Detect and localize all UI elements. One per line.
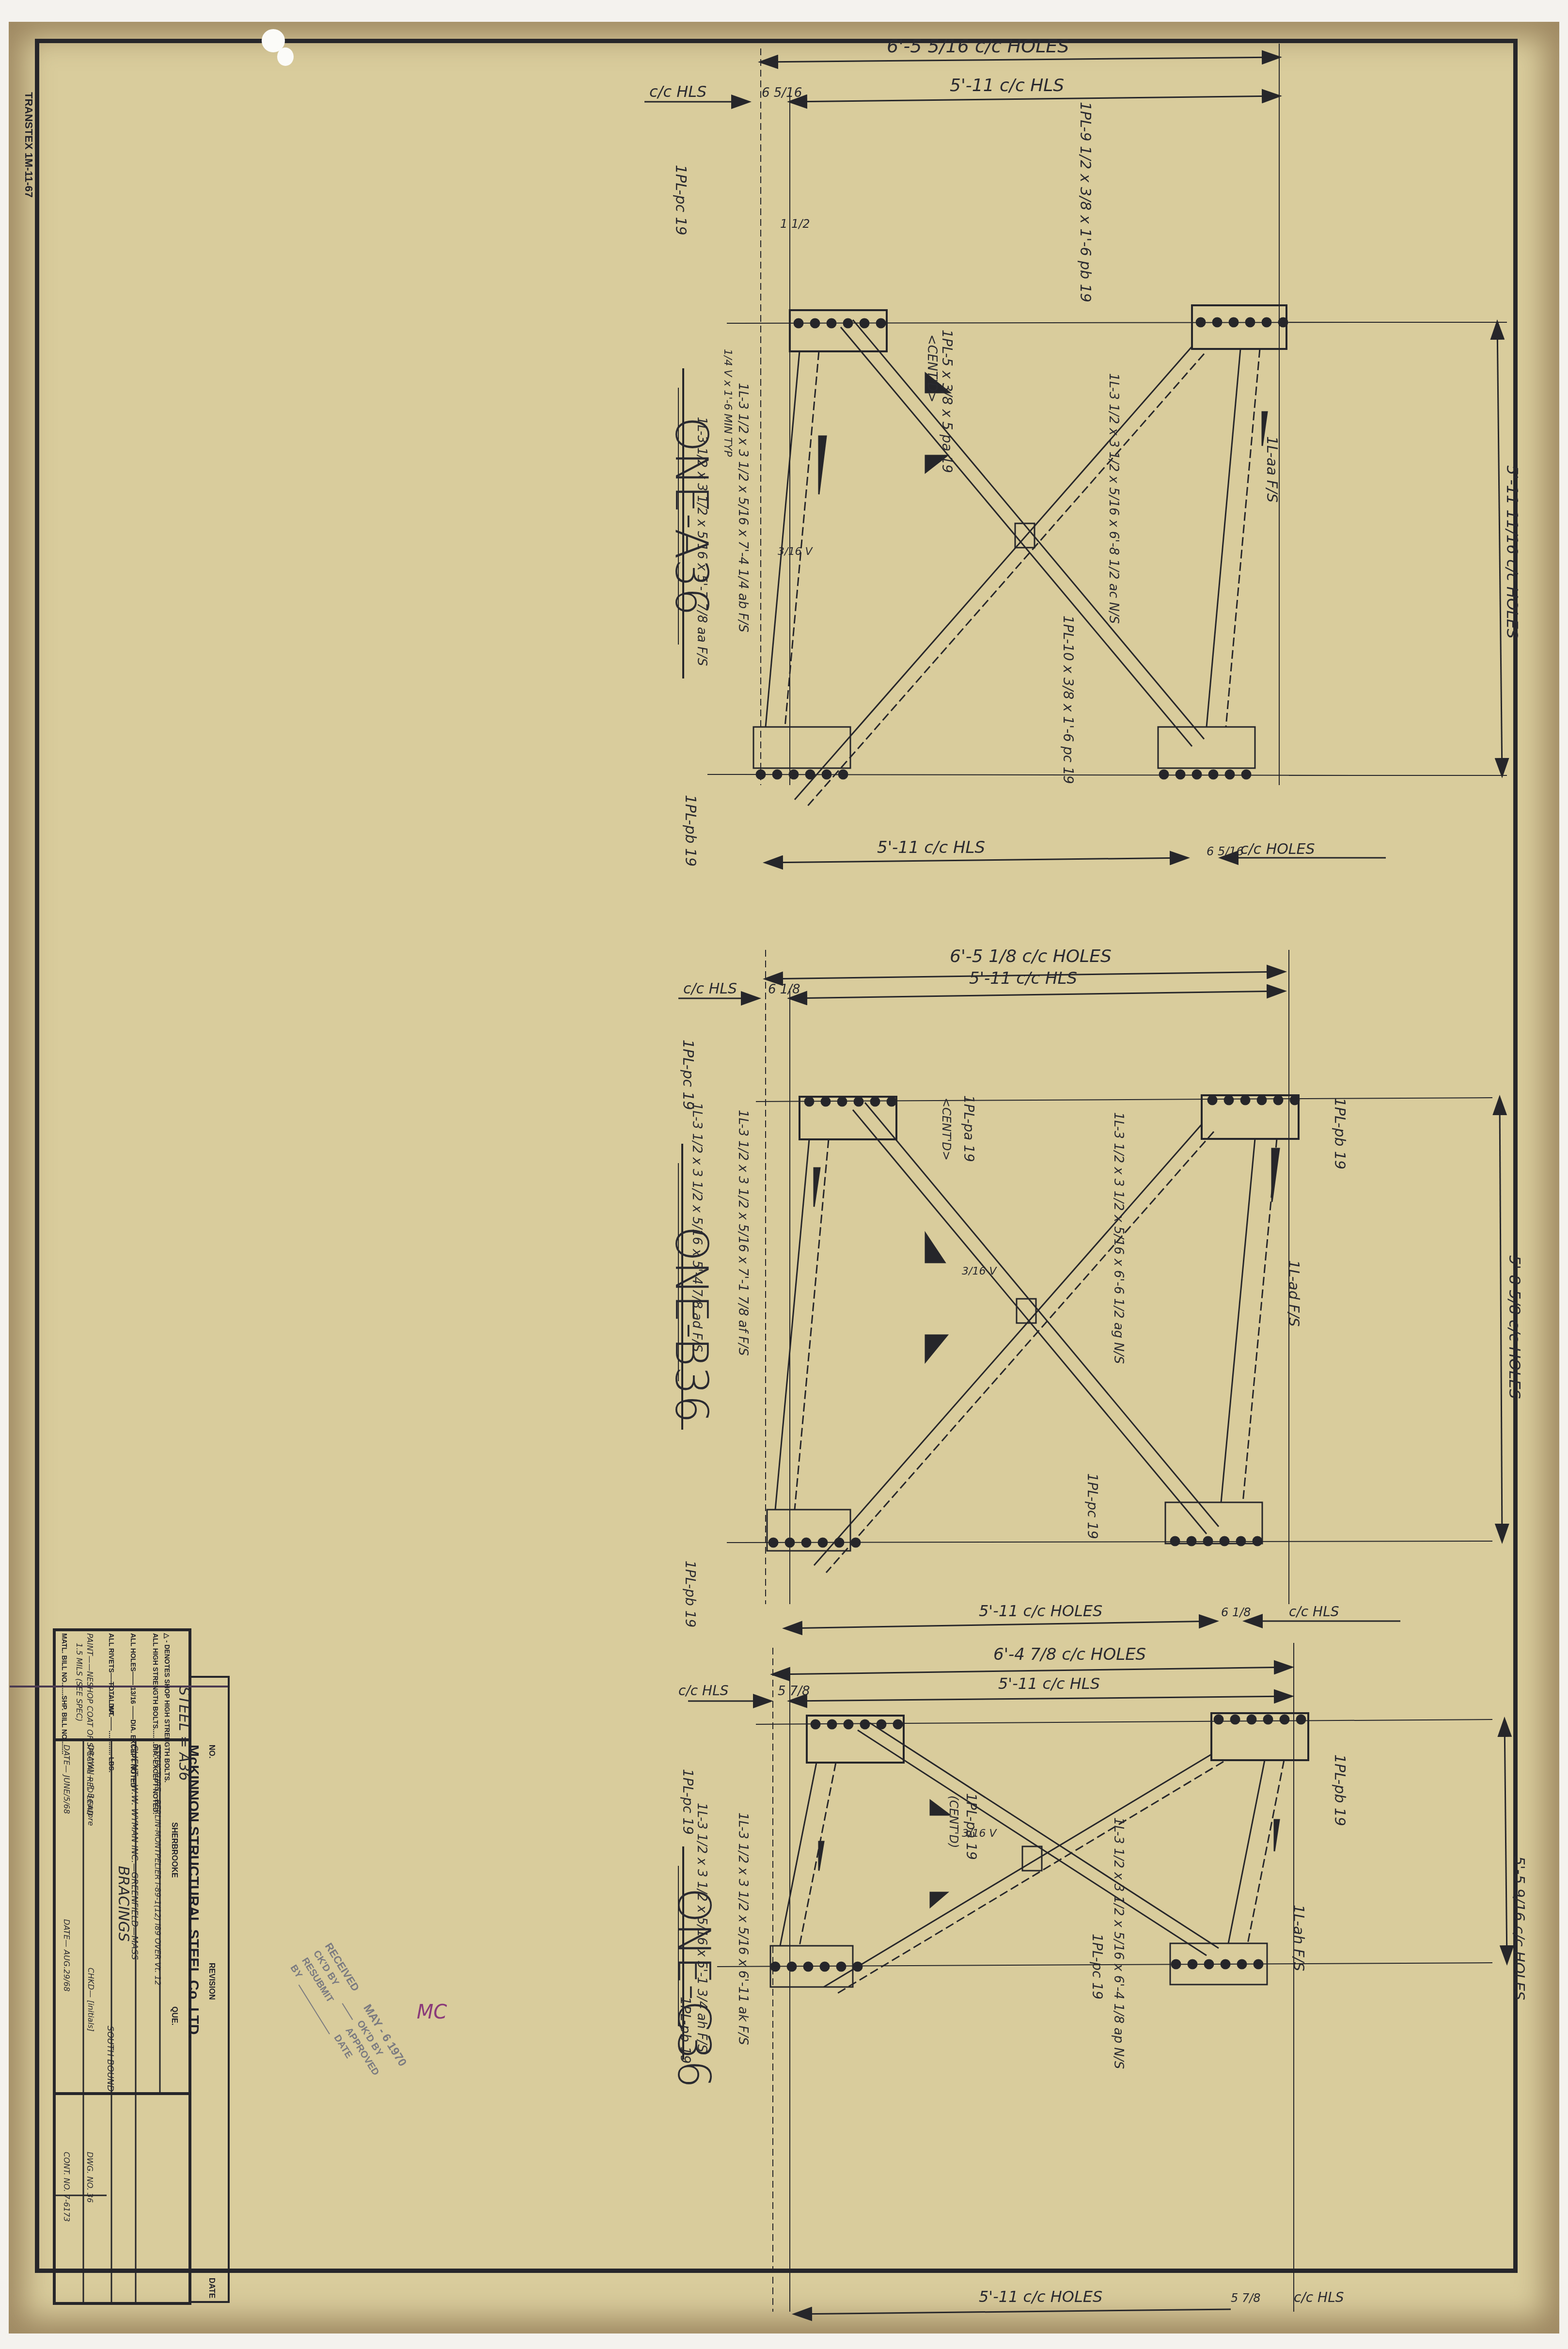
svg-text:1PL-pc 19: 1PL-pc 19 — [1084, 1473, 1100, 1539]
svg-text:△ - DENOTES SHOP HIGH STRENGTH: △ - DENOTES SHOP HIGH STRENGTH BOLTS. — [163, 1633, 171, 1782]
svg-text:1L-aa F/S: 1L-aa F/S — [1263, 436, 1280, 503]
svg-text:6'-5 5/16 c/c HOLES: 6'-5 5/16 c/c HOLES — [887, 35, 1069, 57]
svg-text:1.5 MILS (SEE SPEC): 1.5 MILS (SEE SPEC) — [75, 1643, 84, 1721]
svg-text:STRUCTURE—BERLIN-MONTPELIER I-: STRUCTURE—BERLIN-MONTPELIER I-89-1(12) I… — [153, 1745, 162, 1986]
drawing-title: BRACINGS — [115, 1866, 132, 1941]
svg-text:6 1/8: 6 1/8 — [768, 982, 800, 997]
company-name: McKINNON STRUCTURAL STEEL Co. LTD. — [186, 1745, 202, 2039]
svg-text:1PL-pb 19: 1PL-pb 19 — [682, 795, 699, 867]
svg-text:5'-11 c/c HLS: 5'-11 c/c HLS — [950, 76, 1064, 95]
svg-text:5'-8 5/8 c/c HOLES: 5'-8 5/8 c/c HOLES — [1505, 1255, 1524, 1399]
svg-text:1L-3 1/2 x 3 1/2 x 5/16 x 6'-8: 1L-3 1/2 x 3 1/2 x 5/16 x 6'-8 1/2 ac N/… — [1106, 373, 1121, 624]
svg-text:<CENT'D>: <CENT'D> — [940, 1098, 953, 1161]
pencil-initials: MC — [417, 2001, 447, 2023]
svg-text:c/c HLS: c/c HLS — [1289, 1604, 1339, 1620]
svg-text:1 1/2: 1 1/2 — [780, 217, 810, 231]
received-stamp: RECEIVED MAY - 6 1970 CK'D BY OK'D BY RE… — [288, 1940, 409, 2090]
svg-text:1L-3 1/2 x 3 1/2 x 5/16 x 5'-7: 1L-3 1/2 x 3 1/2 x 5/16 x 5'-7 7/8 aa F/… — [694, 417, 709, 666]
svg-text:TOTAL WT.——............. LBS.: TOTAL WT.——............. LBS. — [108, 1682, 115, 1772]
svg-text:3/16 V: 3/16 V — [962, 1828, 997, 1840]
svg-text:5'-11 c/c HOLES: 5'-11 c/c HOLES — [979, 2287, 1102, 2306]
svg-text:5'-11 c/c HLS: 5'-11 c/c HLS — [998, 1674, 1100, 1693]
svg-text:1L-3 1/2 x 3 1/2 x 5/16 x 6'-6: 1L-3 1/2 x 3 1/2 x 5/16 x 6'-6 1/2 ag N/… — [1111, 1112, 1126, 1364]
detail-c-labels: ONE-C36 6'-4 7/8 c/c HOLES c/c HLS 5 7/8… — [668, 1645, 1527, 2306]
svg-text:5'-11 11/16 c/c HOLES: 5'-11 11/16 c/c HOLES — [1503, 465, 1521, 639]
svg-text:DATE— AUG.29/68: DATE— AUG.29/68 — [62, 1919, 71, 1991]
svg-text:c/c HLS: c/c HLS — [1294, 2289, 1344, 2305]
svg-text:1L-ah F/S: 1L-ah F/S — [1290, 1905, 1307, 1971]
svg-text:1/4 V x 1'-6 MIN TYP: 1/4 V x 1'-6 MIN TYP — [721, 349, 734, 457]
detail-a-labels: ONE-A36 6'-5 5/16 c/c HOLES c/c HLS 6 5/… — [649, 35, 1521, 867]
svg-text:c/c HLS: c/c HLS — [649, 82, 706, 101]
svg-text:NO.: NO. — [207, 1745, 216, 1758]
steel-grade: STEEL = A36 — [175, 1687, 192, 1781]
svg-text:6 1/8: 6 1/8 — [1221, 1606, 1251, 1619]
svg-text:1L-3 1/2 x 3 1/2 x 5/16 x 5'-1: 1L-3 1/2 x 3 1/2 x 5/16 x 5'-1 3/4 ah F/… — [694, 1803, 709, 2052]
svg-text:1PL-9 1/2 x 3/8 x 1'-6 pb 19: 1PL-9 1/2 x 3/8 x 1'-6 pb 19 — [1077, 102, 1094, 302]
svg-text:5 7/8: 5 7/8 — [1231, 2291, 1261, 2305]
svg-text:1L-ad F/S: 1L-ad F/S — [1285, 1260, 1302, 1327]
edge-note: TRANSTEX 1M-11-67 — [23, 92, 35, 198]
svg-text:1PL-pc 19: 1PL-pc 19 — [680, 1769, 696, 1835]
svg-text:MATL. BILL NO.......SHP. BILL: MATL. BILL NO.......SHP. BILL NO........ — [61, 1633, 68, 1754]
svg-text:QUE.: QUE. — [170, 2006, 178, 2025]
svg-text:SOUTH BOUND: SOUTH BOUND — [105, 2026, 115, 2092]
svg-text:1PL-pa 19: 1PL-pa 19 — [963, 1793, 979, 1860]
svg-text:1PL-pc 19: 1PL-pc 19 — [679, 1040, 696, 1110]
svg-text:1L-3 1/2 x 3 1/2 x 5/16 x 7'-1: 1L-3 1/2 x 3 1/2 x 5/16 x 7'-1 7/8 af F/… — [736, 1110, 750, 1356]
svg-text:6'-5 1/8 c/c HOLES: 6'-5 1/8 c/c HOLES — [950, 946, 1112, 966]
svg-text:1PL-pc 19: 1PL-pc 19 — [1089, 1934, 1105, 2000]
svg-text:REVISION: REVISION — [207, 1963, 216, 2000]
svg-text:c/c HLS: c/c HLS — [683, 980, 737, 997]
svg-text:DRAWN— F. Beaupre: DRAWN— F. Beaupre — [86, 1745, 95, 1826]
svg-text:<CENT'D>: <CENT'D> — [925, 334, 939, 403]
contract-number: CONT. NO. 7-6173 — [62, 2152, 71, 2222]
svg-text:3/16 V: 3/16 V — [778, 546, 813, 558]
svg-text:CHKD— [initials]: CHKD— [initials] — [86, 1968, 95, 2032]
svg-text:DATE: DATE — [207, 2278, 216, 2299]
svg-text:1PL-pc 19: 1PL-pc 19 — [672, 165, 689, 236]
svg-text:5'-11 c/c HLS: 5'-11 c/c HLS — [877, 838, 985, 857]
svg-text:1L-3 1/2 x 3 1/2 x 5/16 x 6'-4: 1L-3 1/2 x 3 1/2 x 5/16 x 6'-4 1/8 ap N/… — [1111, 1817, 1126, 2069]
svg-text:1PL-pa 19: 1PL-pa 19 — [961, 1095, 977, 1162]
svg-text:1L-3 1/2 x 3 1/2 x 5/16 x 7'-4: 1L-3 1/2 x 3 1/2 x 5/16 x 7'-4 1/4 ab F/… — [736, 383, 750, 632]
svg-text:3/16 V: 3/16 V — [962, 1265, 997, 1277]
svg-text:DATE— JUNE/5/68: DATE— JUNE/5/68 — [62, 1745, 71, 1814]
svg-text:SHERBROOKE: SHERBROOKE — [170, 1822, 178, 1878]
svg-text:c/c HLS: c/c HLS — [678, 1683, 729, 1699]
svg-text:1L-3 1/2 x 3 1/2 x 5/16 x 6'-1: 1L-3 1/2 x 3 1/2 x 5/16 x 6'-11 ak F/S — [736, 1813, 750, 2045]
svg-text:5'-11 c/c HOLES: 5'-11 c/c HOLES — [979, 1602, 1102, 1620]
svg-text:5'-11 c/c HLS: 5'-11 c/c HLS — [969, 969, 1077, 988]
detail-b-labels: ONE-B36 6'-5 1/8 c/c HOLES c/c HLS 6 1/8… — [665, 946, 1524, 1627]
svg-text:6 5/16: 6 5/16 — [762, 86, 802, 100]
svg-text:6 5/16: 6 5/16 — [1207, 845, 1244, 858]
drawing-canvas: TRANSTEX 1M-11-67 — [0, 0, 1568, 2349]
svg-text:6'-4 7/8 c/c HOLES: 6'-4 7/8 c/c HOLES — [993, 1645, 1146, 1664]
svg-text:1PL-10 x 3/8 x 1'-6 pc 19: 1PL-10 x 3/8 x 1'-6 pc 19 — [1060, 615, 1076, 784]
svg-text:1PL-5 x 3/8 x 5 pa 19: 1PL-5 x 3/8 x 5 pa 19 — [939, 330, 955, 473]
svg-text:(CENT'D): (CENT'D) — [947, 1796, 960, 1848]
svg-text:1PL-pb 19: 1PL-pb 19 — [677, 1997, 693, 2064]
svg-text:5'-5 9/16 c/c HOLES: 5'-5 9/16 c/c HOLES — [1510, 1856, 1527, 2000]
svg-text:1PL-pb 19: 1PL-pb 19 — [682, 1561, 698, 1627]
drawing-number: DWG. NO. 36 — [85, 2152, 94, 2203]
svg-text:1PL-pb 19: 1PL-pb 19 — [1331, 1754, 1348, 1826]
svg-text:BY: BY — [288, 1963, 305, 1981]
svg-text:5 7/8: 5 7/8 — [778, 1684, 810, 1699]
svg-text:1L-3 1/2 x 3 1/2 x 5/16 x 5'-4: 1L-3 1/2 x 3 1/2 x 5/16 x 5'-4 7/8 ad F/… — [690, 1103, 704, 1352]
svg-text:1PL-pb 19: 1PL-pb 19 — [1331, 1098, 1348, 1169]
svg-text:c/c HOLES: c/c HOLES — [1240, 841, 1315, 858]
